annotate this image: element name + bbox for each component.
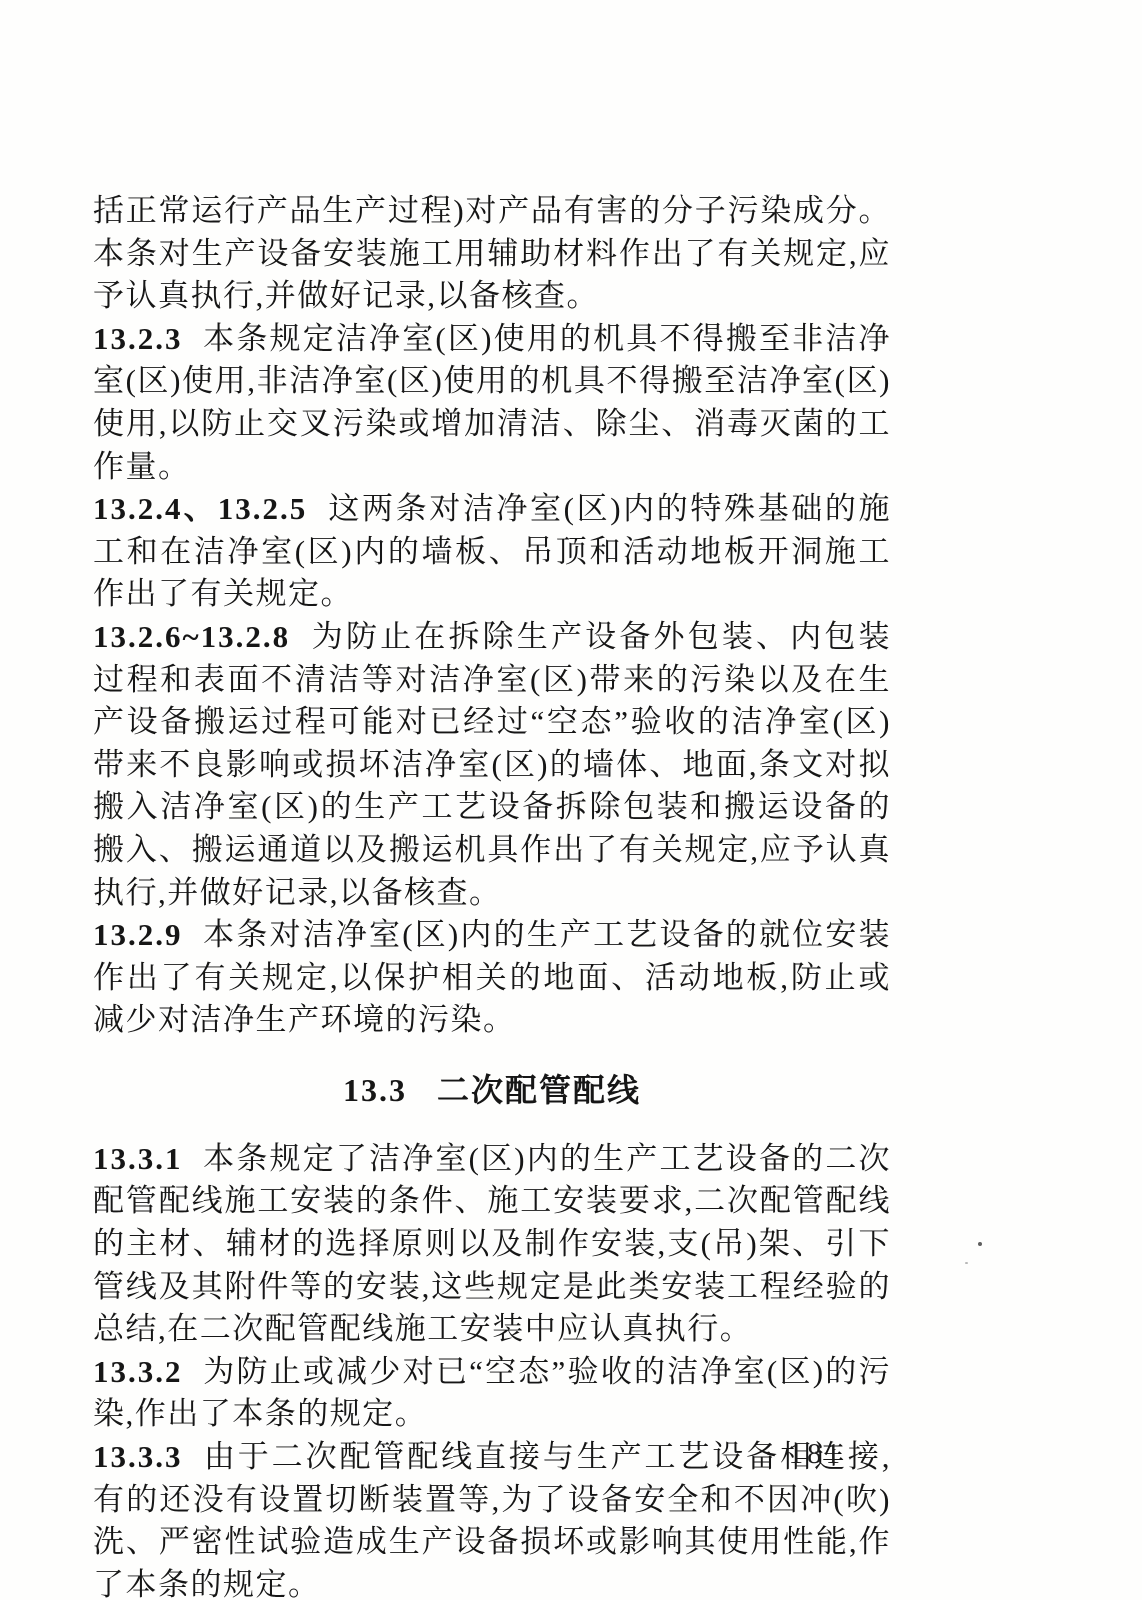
page-footer: · 181 · (93, 1438, 891, 1471)
clause-paragraph: 13.3.1本条规定了洁净室(区)内的生产工艺设备的二次配管配线施工安装的条件、… (93, 1138, 891, 1351)
clause-paragraph: 13.2.6~13.2.8为防止在拆除生产设备外包装、内包装过程和表面不清洁等对… (93, 616, 891, 914)
paragraph-text: 本条对洁净室(区)内的生产工艺设备的就位安装作出了有关规定,以保护相关的地面、活… (93, 917, 891, 1037)
clause-number-label: 13.2.4、13.2.5 (93, 491, 307, 526)
clause-paragraph: 13.2.4、13.2.5这两条对洁净室(区)内的特殊基础的施工和在洁净室(区)… (93, 488, 891, 616)
clause-number-label: 13.2.6~13.2.8 (93, 619, 290, 654)
clause-number-label: 13.2.3 (93, 321, 183, 356)
scan-artifact-dot (978, 1242, 982, 1246)
clause-paragraph: 13.2.3本条规定洁净室(区)使用的机具不得搬至非洁净室(区)使用,非洁净室(… (93, 318, 891, 488)
clause-number-label: 13.3.2 (93, 1354, 183, 1389)
document-page: 括正常运行产品生产过程)对产品有害的分子污染成分。本条对生产设备安装施工用辅助材… (0, 0, 1142, 1600)
page-number: · 181 · (764, 1438, 869, 1470)
section-heading: 13.3二次配管配线 (93, 1069, 891, 1112)
paragraph-text: 本条规定了洁净室(区)内的生产工艺设备的二次配管配线施工安装的条件、施工安装要求… (93, 1141, 891, 1346)
paragraph-text: 括正常运行产品生产过程)对产品有害的分子污染成分。本条对生产设备安装施工用辅助材… (93, 193, 891, 313)
paragraph-text: 为防止在拆除生产设备外包装、内包装过程和表面不清洁等对洁净室(区)带来的污染以及… (93, 619, 891, 910)
clause-number-label: 13.3.1 (93, 1141, 183, 1176)
clause-paragraph: 13.3.2为防止或减少对已“空态”验收的洁净室(区)的污染,作出了本条的规定。 (93, 1351, 891, 1436)
paragraph-text: 为防止或减少对已“空态”验收的洁净室(区)的污染,作出了本条的规定。 (93, 1354, 891, 1432)
scan-artifact-dot (965, 1262, 968, 1264)
clause-paragraph: 括正常运行产品生产过程)对产品有害的分子污染成分。本条对生产设备安装施工用辅助材… (93, 190, 891, 318)
page-content: 括正常运行产品生产过程)对产品有害的分子污染成分。本条对生产设备安装施工用辅助材… (93, 190, 891, 1600)
section-number: 13.3 (343, 1072, 407, 1108)
paragraph-text: 本条规定洁净室(区)使用的机具不得搬至非洁净室(区)使用,非洁净室(区)使用的机… (93, 321, 891, 484)
clause-paragraph: 13.2.9本条对洁净室(区)内的生产工艺设备的就位安装作出了有关规定,以保护相… (93, 914, 891, 1042)
clause-number-label: 13.2.9 (93, 917, 183, 952)
section-title: 二次配管配线 (437, 1072, 641, 1108)
